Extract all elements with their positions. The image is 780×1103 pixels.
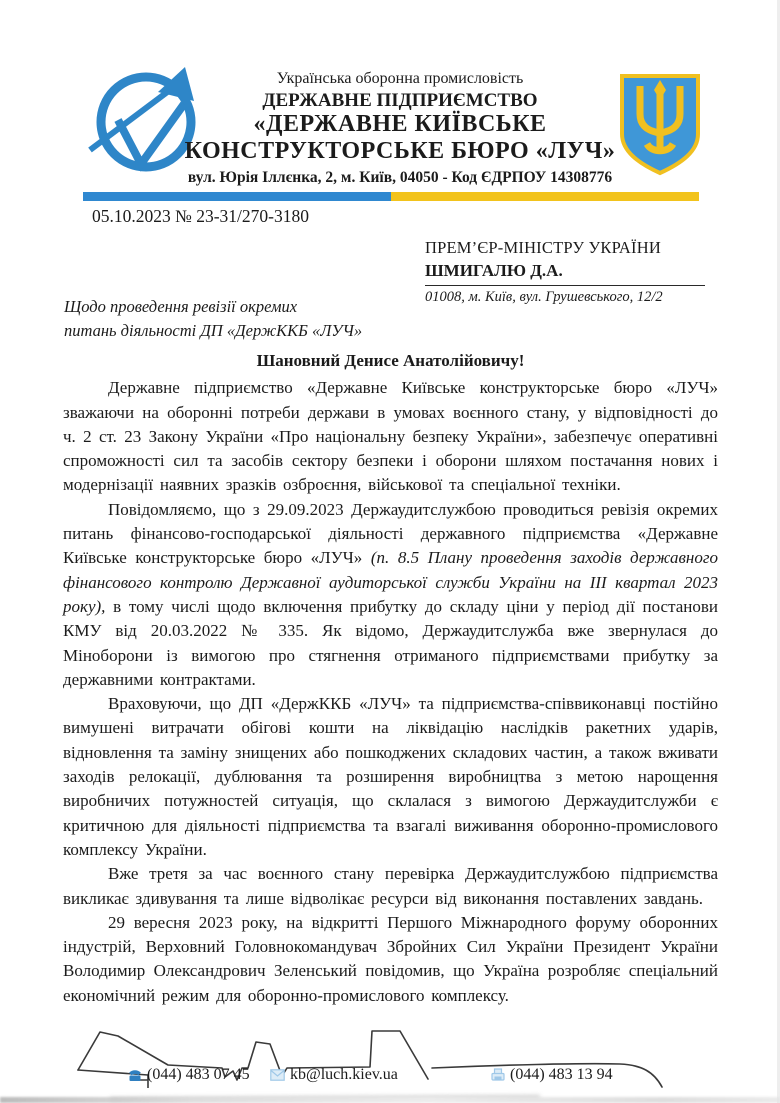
paragraph-3: Враховуючи, що ДП «ДержККБ «ЛУЧ» та підп…: [63, 692, 718, 862]
fax-icon: [491, 1068, 505, 1082]
paragraph-2-continuation: в тому числі щодо включення прибутку до …: [63, 597, 718, 689]
addressee-address: 01008, м. Київ, вул. Грушевського, 12/2: [425, 289, 705, 306]
letterhead-org-name-line2: КОНСТРУКТОРСЬКЕ БЮРО «ЛУЧ»: [180, 138, 620, 165]
subject-line2: питань діяльності ДП «ДержККБ «ЛУЧ»: [64, 319, 394, 343]
salutation: Шановний Денисе Анатолійовичу!: [63, 349, 718, 373]
addressee-title: ПРЕМ’ЄР-МІНІСТРУ УКРАЇНИ: [425, 238, 705, 258]
footer-fax: (044) 483 13 94: [491, 1066, 613, 1084]
flag-divider: [83, 192, 699, 201]
paragraph-5: 29 вересня 2023 року, на відкритті Першо…: [63, 911, 718, 1008]
addressee-block: ПРЕМ’ЄР-МІНІСТРУ УКРАЇНИ ШМИГАЛЮ Д.А. 01…: [425, 238, 705, 306]
footer-email-text: kb@luch.kiev.ua: [290, 1066, 398, 1084]
paragraph-4: Вже третя за час воєнного стану перевірк…: [63, 862, 718, 911]
subject-block: Щодо проведення ревізії окремих питань д…: [64, 295, 394, 343]
paragraph-2: Повідомляємо, що з 29.09.2023 Держаудитс…: [63, 498, 718, 692]
scan-edge-bottom: [0, 1097, 780, 1103]
paragraph-1: Державне підприємство «Державне Київське…: [63, 376, 718, 497]
footer-phone: (044) 483 07 45: [128, 1066, 250, 1084]
subject-line1: Щодо проведення ревізії окремих: [64, 295, 394, 319]
letterhead: Українська оборонна промисловість ДЕРЖАВ…: [180, 70, 620, 186]
reference-number: 05.10.2023 № 23-31/270-3180: [92, 206, 309, 227]
footer: (044) 483 07 45 kb@luch.kiev.ua (044) 48…: [0, 1018, 780, 1103]
letterhead-industry-line: Українська оборонна промисловість: [180, 70, 620, 88]
envelope-icon: [270, 1069, 285, 1081]
footer-email: kb@luch.kiev.ua: [270, 1066, 398, 1084]
letter-body: Шановний Денисе Анатолійовичу! Державне …: [63, 349, 718, 1008]
footer-phone-text: (044) 483 07 45: [147, 1066, 250, 1084]
phone-icon: [128, 1068, 142, 1082]
ukraine-trident-icon: [618, 74, 702, 176]
addressee-name: ШМИГАЛЮ Д.А.: [425, 261, 705, 286]
letterhead-org-type: ДЕРЖАВНЕ ПІДПРИЄМСТВО: [180, 90, 620, 111]
letterhead-address-line: вул. Юрія Іллєнка, 2, м. Київ, 04050 - К…: [180, 169, 620, 186]
footer-fax-text: (044) 483 13 94: [510, 1066, 613, 1084]
scanned-letter-page: Українська оборонна промисловість ДЕРЖАВ…: [0, 0, 780, 1103]
letterhead-org-name-line1: «ДЕРЖАВНЕ КИЇВСЬКЕ: [180, 111, 620, 138]
